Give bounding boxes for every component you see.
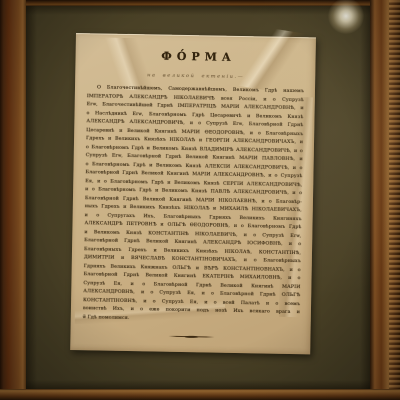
end-divider: [168, 335, 214, 339]
document-subtitle: на великой ектеніи.—: [87, 71, 304, 81]
mat-shadow: [360, 5, 370, 389]
paper-crease: [67, 37, 188, 91]
divider-diamond: [184, 335, 198, 338]
frame-bottom-rail: [0, 389, 400, 400]
framed-document-photo: ФО́РМА на великой ектеніи.— О Благочести…: [0, 0, 400, 400]
document-body: О Благочестивѣйшемъ, Самодержавнѣйшемъ, …: [83, 84, 304, 326]
document-title: ФО́РМА: [87, 48, 304, 65]
frame-carved-edge: [389, 0, 400, 400]
mat-shadow: [26, 5, 37, 389]
mat-shadow: [26, 380, 370, 389]
document-page: ФО́РМА на великой ектеніи.— О Благочести…: [70, 33, 316, 354]
frame-left-rail: [0, 0, 26, 400]
mat-shadow: [26, 5, 370, 15]
